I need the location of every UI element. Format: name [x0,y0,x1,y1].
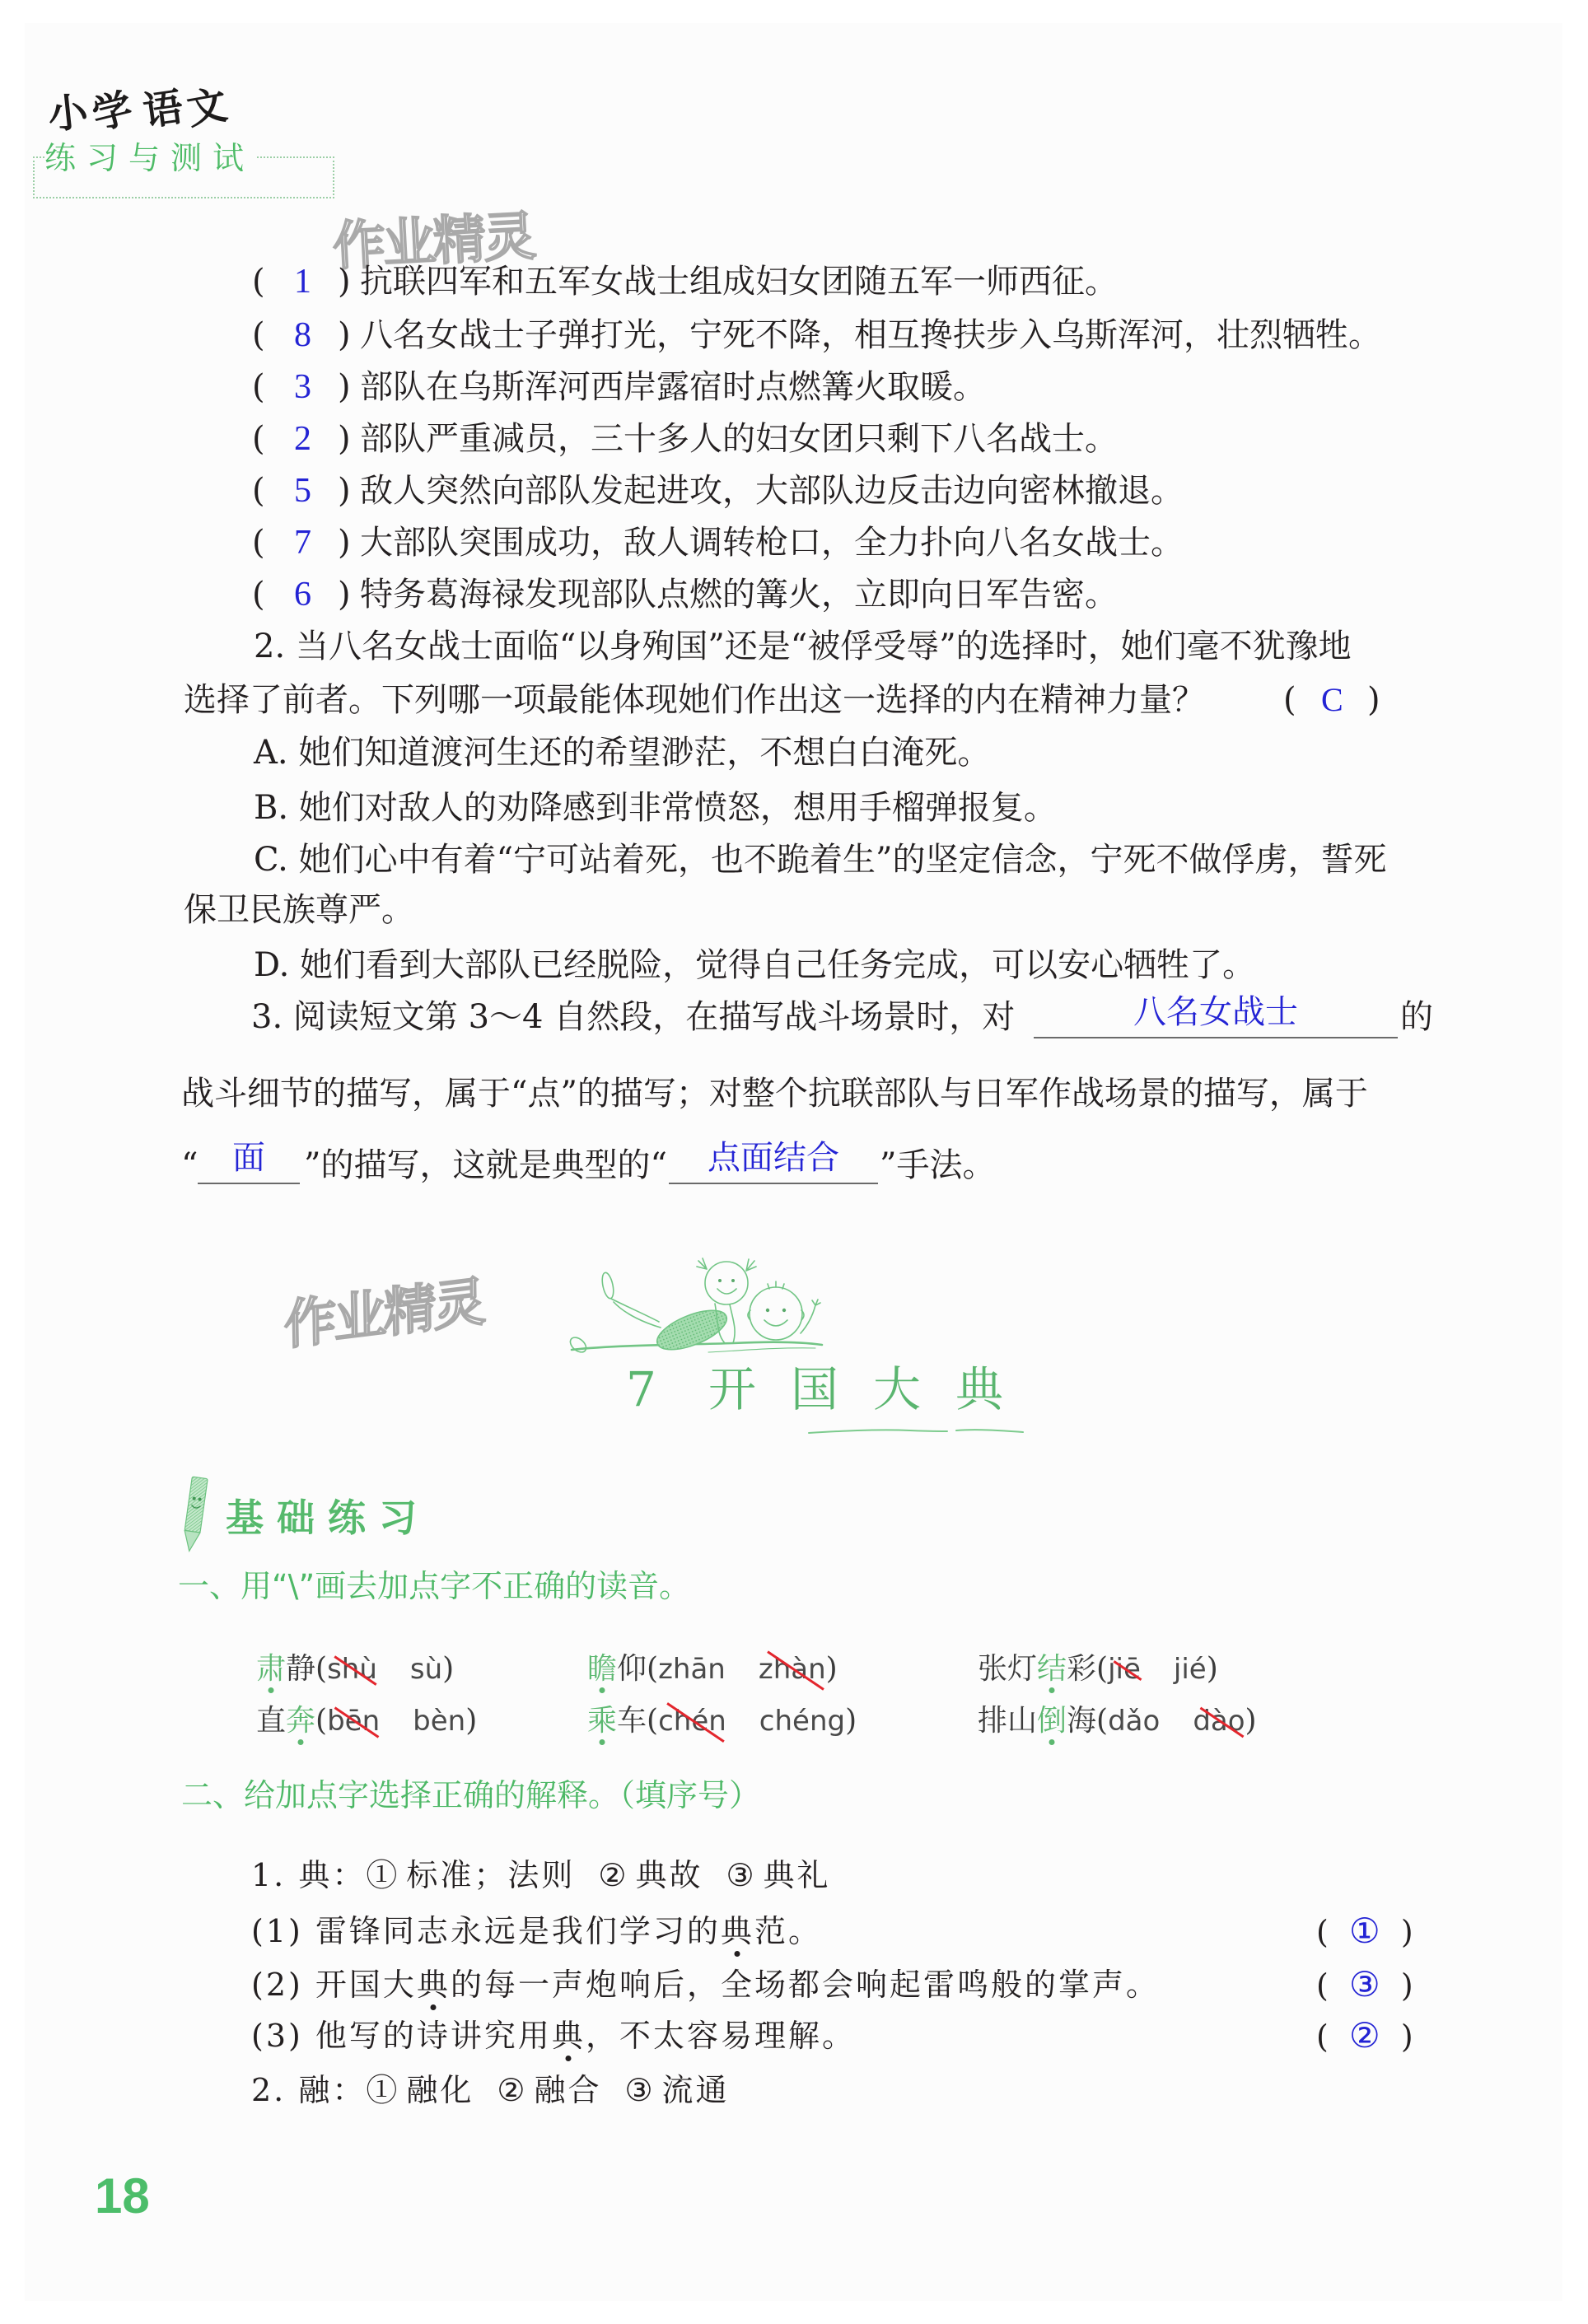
brand-char: 文 [184,82,231,133]
sentence-prefix: 他写的诗讲究用 [315,2018,552,2054]
q3-line-3-middle: ”的描写，这就是典型的“ [304,1145,667,1186]
pinyin-item: 瞻仰(zhānzhàn) [587,1650,838,1688]
paren-close: ) [338,522,351,563]
dotted-char: 结 [1037,1652,1067,1686]
definition-number: ② [497,2072,527,2108]
sentence-suffix: ，不太容易理解。 [586,2018,856,2054]
definition-number: ③ [624,2072,655,2108]
order-item-text: 部队在乌斯浑河西岸露宿时点燃篝火取暖。 [360,366,986,408]
paren-open: ( [252,315,265,356]
pinyin-option-1: chén [658,1702,726,1740]
pinyin-item: 直奔(bēnbèn) [256,1702,477,1740]
order-item-text: 大部队突围成功，敌人调转枪口，全力扑向八名女战士。 [360,522,1184,563]
exercise-1-instruction: 一、用“\”画去加点字不正确的读音。 [178,1567,690,1605]
lesson-number: 7 [626,1363,656,1416]
sentence-prefix: 开国大 [315,1967,417,2003]
pinyin-option-1: shù [327,1650,377,1688]
paren-open: ( [252,522,265,563]
paren-open: ( [647,1652,658,1686]
pinyin-option-1: jiē [1108,1650,1141,1688]
paren-close: ) [442,1652,454,1686]
definition-number: ③ [726,1857,756,1893]
pinyin-item: 排山倒海(dǎodào) [978,1702,1257,1740]
paren-close: ) [1401,1914,1413,1950]
dotted-char: 典 [417,1967,451,2003]
paren-open: ( [1096,1704,1108,1738]
sentence-number: (2) [251,1967,315,2003]
paren-close: ) [1401,2018,1413,2055]
q2-option-b: B. 她们对敌人的劝降感到非常愤怒，想用手榴弹报复。 [254,787,1057,828]
paren-open: ( [315,1704,327,1738]
q3-answer-blank-2: 面 [198,1135,300,1184]
sentence-item: (3) 他写的诗讲究用典，不太容易理解。 [251,2017,856,2055]
order-item-text: 八名女战士子弹打光，宁死不降，相互搀扶步入乌斯浑河，壮烈牺牲。 [360,315,1381,356]
pinyin-item: 肃静(shùsù) [256,1650,454,1688]
pinyin-option-1: bēn [327,1702,380,1740]
exercise-2-instruction: 二、给加点字选择正确的解释。（填序号） [181,1776,760,1814]
dotted-char: 瞻 [587,1652,617,1686]
pinyin-option-2: sù [410,1650,442,1688]
order-item-text: 特务葛海禄发现部队点燃的篝火，立即向日军告密。 [360,574,1118,615]
paren-close: ) [845,1704,857,1738]
paren-close: ) [338,261,351,302]
answer-slot: (①) [1316,1912,1413,1951]
lesson-title: 开国大典 [708,1363,1038,1416]
paren-close: ) [1245,1704,1257,1738]
q2-paren-close: ) [1367,679,1380,721]
word-prefix: 直 [256,1704,286,1738]
pinyin-option-2: zhàn [759,1650,826,1688]
pinyin-option-2: bèn [413,1702,465,1740]
q3-line-3-open-quote: “ [181,1145,198,1186]
definition-number: ① [366,1857,399,1893]
definition-line: 2. 融：①融化②融合③流通 [251,2071,730,2109]
pencil-icon [178,1474,213,1555]
order-item: ( 6 ) 特务葛海禄发现部队点燃的篝火，立即向日军告密。 [0,574,1588,615]
paren-close: ) [338,574,351,615]
word-suffix: 海 [1067,1704,1096,1738]
pinyin-item: 乘车(chénchéng) [587,1702,857,1740]
paren-open: ( [315,1652,327,1686]
paren-open: ( [252,366,265,408]
series-brand: 小学语文 [48,87,232,133]
word-suffix: 静 [286,1652,315,1686]
q2-option-d: D. 她们看到大部队已经脱险，觉得自己任务完成，可以安心牺牲了。 [254,945,1255,986]
order-item-text: 抗联四军和五军女战士组成妇女团随五军一师西征。 [360,261,1118,302]
brand-char: 小 [46,89,91,139]
circled-answer: ③ [1340,1966,1389,2004]
paren-close: ) [338,470,351,511]
q3-line-3-end: ”手法。 [880,1145,995,1186]
word-suffix: 车 [617,1704,647,1738]
section-title-basic-practice: 基础练习 [226,1495,430,1541]
paren-open: ( [252,418,265,460]
q2-paren-open: ( [1283,679,1296,721]
paren-open: ( [1316,1914,1329,1950]
order-item: ( 3 ) 部队在乌斯浑河西岸露宿时点燃篝火取暖。 [0,366,1588,408]
sentence-item: (1) 雷锋同志永远是我们学习的典范。 [251,1912,822,1950]
dotted-char: 典 [552,2018,586,2054]
definition-text: 融化 [406,2072,474,2108]
paren-open: ( [647,1704,658,1738]
definition-text: 标准；法则 [406,1857,575,1893]
definition-number: ① [366,2072,399,2108]
q3-answer-blank-1: 八名女战士 [1034,989,1398,1038]
order-answer: 3 [272,366,334,408]
order-answer: 6 [272,574,334,615]
definition-text: 典故 [635,1857,703,1893]
sentence-prefix: 雷锋同志永远是我们学习的 [315,1913,721,1949]
order-item-text: 敌人突然向部队发起进攻，大部队边反击边向密林撤退。 [360,470,1184,511]
order-item-text: 部队严重减员，三十多人的妇女团只剩下八名战士。 [360,418,1118,460]
q2-stem-line-2: 选择了前者。下列哪一项最能体现她们作出这一选择的内在精神力量？ [184,679,1205,721]
order-item: ( 7 ) 大部队突围成功，敌人调转枪口，全力扑向八名女战士。 [0,522,1588,563]
paren-open: ( [252,470,265,511]
order-item: ( 8 ) 八名女战士子弹打光，宁死不降，相互搀扶步入乌斯浑河，壮烈牺牲。 [0,315,1588,356]
title-wave-underline-icon [803,1421,1034,1441]
q3-line-1: 3. 阅读短文第 3～4 自然段，在描写战斗场景时，对 [251,996,1015,1038]
paren-close: ) [465,1704,477,1738]
paren-open: ( [1316,2018,1329,2055]
paren-open: ( [1316,1967,1329,2004]
q2-option-c-continued: 保卫民族尊严。 [184,889,414,931]
definition-number: ② [598,1857,628,1893]
pinyin-option-1: zhān [658,1650,726,1688]
order-answer: 7 [272,522,334,563]
circled-answer: ① [1340,1912,1389,1950]
pinyin-option-2: jié [1174,1650,1207,1688]
definition-text: 典礼 [764,1857,831,1893]
order-answer: 2 [272,418,334,460]
circled-answer: ② [1340,2017,1389,2055]
q3-answer-blank-3: 点面结合 [669,1135,878,1184]
dotted-char: 奔 [286,1704,315,1738]
pinyin-item: 张灯结彩(jiējié) [978,1650,1218,1688]
dotted-char: 倒 [1037,1704,1067,1738]
paren-close: ) [338,418,351,460]
sentence-number: (1) [251,1913,315,1949]
definition-line: 1. 典：①标准；法则②典故③典礼 [251,1856,831,1894]
definition-label: 2. 融： [251,2072,366,2108]
pinyin-option-2: chéng [759,1702,845,1740]
q3-line-2: 战斗细节的描写，属于“点”的描写；对整个抗联部队与日军作战场景的描写，属于 [181,1073,1368,1114]
paren-open: ( [252,574,265,615]
brand-char: 语 [140,84,185,135]
order-answer: 8 [272,315,334,356]
brand-char: 学 [87,85,137,139]
series-subtitle: 练习与测试 [44,140,256,176]
order-item: ( 5 ) 敌人突然向部队发起进攻，大部队边反击边向密林撤退。 [0,470,1588,511]
q3-line-1-end: 的 [1400,996,1433,1038]
paren-close: ) [1207,1652,1218,1686]
sentence-suffix: 范。 [754,1913,822,1949]
word-prefix: 排山 [978,1704,1037,1738]
answer-slot: (③) [1316,1966,1413,2004]
sentence-number: (3) [251,2018,315,2054]
answer-slot: (②) [1316,2017,1413,2056]
paren-close: ) [338,366,351,408]
q2-stem-line-1: 2. 当八名女战士面临“以身殉国”还是“被俘受辱”的选择时，她们毫不犹豫地 [254,626,1352,667]
order-item: ( 2 ) 部队严重减员，三十多人的妇女团只剩下八名战士。 [0,418,1588,460]
dotted-char: 肃 [256,1652,286,1686]
order-answer: 1 [272,261,334,302]
definition-label: 1. 典： [251,1857,366,1893]
paren-close: ) [1401,1967,1413,2004]
children-illustration-icon [568,1248,832,1359]
dotted-char: 典 [721,1913,754,1949]
paren-open: ( [1096,1652,1108,1686]
paren-close: ) [826,1652,838,1686]
definition-text: 融合 [534,2072,601,2108]
pinyin-option-2: dào [1193,1702,1245,1740]
page-number: 18 [95,2169,150,2224]
word-prefix: 张灯 [978,1652,1037,1686]
q2-option-c: C. 她们心中有着“宁可站着死，也不跪着生”的坚定信念，宁死不做俘虏，誓死 [254,839,1387,880]
sentence-item: (2) 开国大典的每一声炮响后，全场都会响起雷鸣般的掌声。 [251,1966,1160,2004]
pinyin-option-1: dǎo [1108,1702,1160,1740]
paren-close: ) [338,315,351,356]
definition-text: 流通 [662,2072,730,2108]
q2-option-a: A. 她们知道渡河生还的希望渺茫，不想白白淹死。 [254,732,990,773]
sentence-suffix: 的每一声炮响后，全场都会响起雷鸣般的掌声。 [451,1967,1160,2003]
q2-answer: C [1321,679,1343,721]
word-suffix: 仰 [617,1652,647,1686]
word-suffix: 彩 [1067,1652,1096,1686]
paren-open: ( [252,261,265,302]
order-item: ( 1 ) 抗联四军和五军女战士组成妇女团随五军一师西征。 [0,261,1588,302]
dotted-char: 乘 [587,1704,617,1738]
order-answer: 5 [272,470,334,511]
